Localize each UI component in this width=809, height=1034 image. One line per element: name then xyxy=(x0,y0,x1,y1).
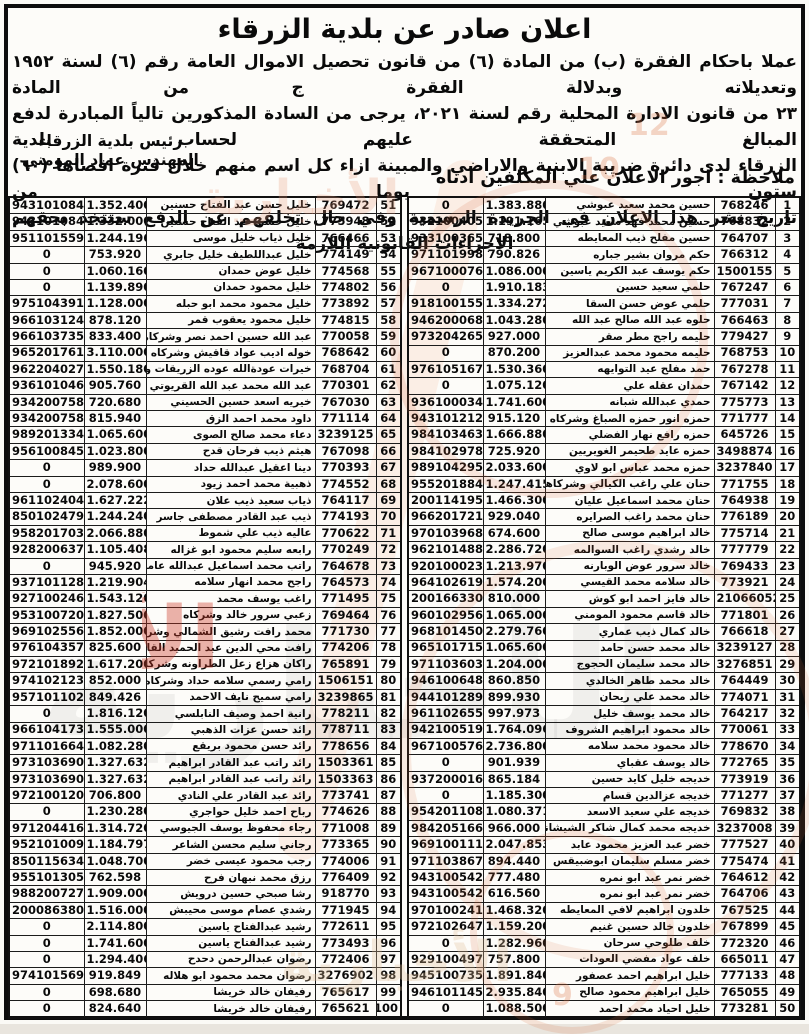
cell-national-number: 8501156343 xyxy=(9,853,84,869)
taxpayer-table-left-half: 51769472خليل حسن عبد الفتاح حسنين1.352.4… xyxy=(8,196,402,1019)
cell-name: خليل ابراهيم محمود صالح xyxy=(545,984,714,1000)
table-row: 41775474خضر مسلم سليمان ابوضبيقس894.4409… xyxy=(408,853,800,869)
cell-amount: 1.764.096 xyxy=(483,722,545,738)
cell-amount: 1.244.196 xyxy=(84,230,146,246)
cell-amount: 1.334.272 xyxy=(483,296,545,312)
cell-file-number: 766466 xyxy=(315,230,376,246)
cell-national-number: 9691025562 xyxy=(9,624,84,640)
cell-national-number: 9661031242 xyxy=(9,312,84,328)
cell-amount: 718.800 xyxy=(483,230,545,246)
cell-national-number: 9271002466 xyxy=(9,591,84,607)
cell-seq: 9 xyxy=(775,329,800,345)
cell-seq: 69 xyxy=(376,493,401,509)
cell-name: رجاء محفوظ يوسف الجيوسي xyxy=(146,820,315,836)
cell-seq: 78 xyxy=(376,640,401,656)
cell-national-number: 8501024793 xyxy=(9,509,84,525)
cell-seq: 92 xyxy=(376,870,401,886)
cell-name: حلمي عوض حسن السقا xyxy=(545,296,714,312)
page-title: اعلان صادر عن بلدية الزرقاء xyxy=(8,14,801,45)
cell-name: خالد فايز احمد ابو كوش xyxy=(545,591,714,607)
cell-seq: 81 xyxy=(376,689,401,705)
cell-national-number: 0 xyxy=(408,935,483,951)
cell-name: راتب محمد اسماعيل عبدالله عامر xyxy=(146,558,315,574)
cell-name: راكان هزاع زعل الطراونه وشركاه xyxy=(146,656,315,672)
cell-name: خالد محمد يوسف خليل xyxy=(545,706,714,722)
cell-amount: 945.920 xyxy=(84,558,146,574)
cell-national-number: 9551013050 xyxy=(9,870,84,886)
cell-amount: 927.000 xyxy=(483,329,545,345)
table-row: 83778711رائد حسن عزات الذهبي1.555.000966… xyxy=(9,722,401,738)
cell-seq: 22 xyxy=(775,542,800,558)
cell-seq: 44 xyxy=(775,902,800,918)
cell-file-number: 764449 xyxy=(714,673,775,689)
cell-name: حمزه انور حمزه الصباغ وشركاه xyxy=(545,411,714,427)
cell-name: حكم يوسف عبد الكريم ياسين xyxy=(545,263,714,279)
cell-amount: 815.940 xyxy=(84,411,146,427)
cell-seq: 29 xyxy=(775,656,800,672)
cell-file-number: 773493 xyxy=(315,935,376,951)
cell-national-number: 0 xyxy=(408,279,483,295)
cell-national-number: 9561008459 xyxy=(9,443,84,459)
cell-seq: 30 xyxy=(775,673,800,689)
table-row: 93918770رشا صبحي حسين درويش1.909.0009882… xyxy=(9,886,401,902)
cell-amount: 1.082.280 xyxy=(84,738,146,754)
cell-national-number: 9431010841 xyxy=(9,214,84,230)
cell-seq: 41 xyxy=(775,853,800,869)
cell-national-number: 9892013349 xyxy=(9,427,84,443)
cell-national-number: 0 xyxy=(408,788,483,804)
table-row: 851503361رائد راتب عبد القادر ابراهيم1.3… xyxy=(9,755,401,771)
table-row: 77771730محمد رافت رشيق الشمالي وشركاه1.8… xyxy=(9,624,401,640)
cell-file-number: 770301 xyxy=(315,378,376,394)
cell-national-number: 9842051661 xyxy=(408,820,483,836)
cell-file-number: 767142 xyxy=(714,378,775,394)
cell-name: خالد محمود ابراهيم الشروف xyxy=(545,722,714,738)
cell-amount: 899.930 xyxy=(483,689,545,705)
cell-national-number: 9431005428 xyxy=(408,870,483,886)
cell-national-number: 9641026196 xyxy=(408,574,483,590)
cell-national-number: 9342007583 xyxy=(9,394,84,410)
cell-amount: 929.040 xyxy=(483,509,545,525)
cell-national-number: 9732042659 xyxy=(408,329,483,345)
table-row: 2768832حسين محمد فهد سعيد عبوشي1.191.165… xyxy=(408,214,800,230)
cell-amount: 1.617.200 xyxy=(84,656,146,672)
cell-amount: 989.900 xyxy=(84,460,146,476)
cell-seq: 7 xyxy=(775,296,800,312)
cell-seq: 91 xyxy=(376,853,401,869)
cell-national-number: 9741015694 xyxy=(9,968,84,984)
cell-amount: 1.105.408 xyxy=(84,542,146,558)
cell-amount: 2.078.600 xyxy=(84,476,146,492)
cell-seq: 58 xyxy=(376,312,401,328)
cell-file-number: 665011 xyxy=(714,951,775,967)
cell-seq: 31 xyxy=(775,689,800,705)
cell-seq: 63 xyxy=(376,394,401,410)
cell-name: خالد سلامه محمد القيسي xyxy=(545,574,714,590)
cell-file-number: 768704 xyxy=(315,361,376,377)
cell-national-number: 9671000763 xyxy=(408,263,483,279)
cell-seq: 57 xyxy=(376,296,401,312)
cell-amount: 1.075.120 xyxy=(483,378,545,394)
cell-amount: 1.516.000 xyxy=(84,902,146,918)
cell-seq: 21 xyxy=(775,525,800,541)
cell-file-number: 773919 xyxy=(714,771,775,787)
cell-file-number: 764938 xyxy=(714,493,775,509)
cell-national-number: 0 xyxy=(9,951,84,967)
cell-file-number: 764573 xyxy=(315,574,376,590)
cell-file-number: 771277 xyxy=(714,788,775,804)
cell-name: خالد كمال ذيب عماري xyxy=(545,624,714,640)
cell-national-number: 9441012896 xyxy=(408,689,483,705)
cell-seq: 75 xyxy=(376,591,401,607)
cell-seq: 83 xyxy=(376,722,401,738)
table-row: 54774149خليل عبداللطيف خليل جابري753.920… xyxy=(9,247,401,263)
cell-file-number: 767525 xyxy=(714,902,775,918)
cell-amount: 2.114.800 xyxy=(84,919,146,935)
cell-name: خضر نمر عبد ابو نمره xyxy=(545,886,714,902)
cell-name: راغب يوسف محمد xyxy=(146,591,315,607)
cell-amount: 1.852.000 xyxy=(84,624,146,640)
cell-name: خالد محمد علي ريحان xyxy=(545,689,714,705)
cell-national-number: 0 xyxy=(9,263,84,279)
cell-name: رامي رسمي سلامه حداد وشركاه xyxy=(146,673,315,689)
cell-seq: 73 xyxy=(376,558,401,574)
cell-national-number: 9521010098 xyxy=(9,837,84,853)
cell-national-number: 9331003659 xyxy=(408,230,483,246)
cell-amount: 1.466.300 xyxy=(483,493,545,509)
cell-amount: 2.286.720 xyxy=(483,542,545,558)
cell-file-number: 766618 xyxy=(714,624,775,640)
table-row: 49765055خليل ابراهيم محمود صالح2.935.840… xyxy=(408,984,800,1000)
cell-name: رفيفان خالد خريشا xyxy=(146,984,315,1000)
cell-national-number: 0 xyxy=(9,558,84,574)
table-row: 35772765خالد يوسف عقباي901.9390 xyxy=(408,755,800,771)
cell-file-number: 770393 xyxy=(315,460,376,476)
table-row: 59770058عبد الله حسين احمد نصر وشركاه833… xyxy=(9,329,401,345)
cell-national-number: 9582017034 xyxy=(9,525,84,541)
table-row: 18771755حنان علي راغب الكيالي وشركاها1.2… xyxy=(408,476,800,492)
cell-national-number: 9841034636 xyxy=(408,427,483,443)
cell-national-number: 9761043579 xyxy=(9,640,84,656)
cell-file-number: 776409 xyxy=(315,870,376,886)
cell-seq: 86 xyxy=(376,771,401,787)
cell-file-number: 773921 xyxy=(714,574,775,590)
table-row: 74764573راجح محمد انهار سلامه1.219.90493… xyxy=(9,574,401,590)
cell-file-number: 767030 xyxy=(315,394,376,410)
cell-file-number: 765891 xyxy=(315,656,376,672)
cell-amount: 2.066.880 xyxy=(84,525,146,541)
cell-seq: 34 xyxy=(775,738,800,754)
cell-amount: 1.909.000 xyxy=(84,886,146,902)
cell-seq: 94 xyxy=(376,902,401,918)
cell-national-number: 0 xyxy=(9,706,84,722)
cell-amount: 894.440 xyxy=(483,853,545,869)
table-row: 64771114داود محمد احمد الزق815.940934200… xyxy=(9,411,401,427)
cell-amount: 1.827.500 xyxy=(84,607,146,623)
cell-name: حمزه عايد طحيمر الغويريين xyxy=(545,443,714,459)
cell-national-number: 9431010841 xyxy=(9,197,84,214)
cell-file-number: 767098 xyxy=(315,443,376,459)
cell-national-number: 9731036906 xyxy=(9,771,84,787)
cell-amount: 865.184 xyxy=(483,771,545,787)
cell-file-number: 770249 xyxy=(315,542,376,558)
cell-amount: 753.920 xyxy=(84,247,146,263)
table-row: 10768753حليمه محمود محمد عبدالعزيز870.20… xyxy=(408,345,800,361)
cell-seq: 50 xyxy=(775,1001,800,1018)
cell-amount: 2.047.853 xyxy=(483,837,545,853)
cell-seq: 20 xyxy=(775,509,800,525)
cell-name: خليل عوض حمدان xyxy=(146,263,315,279)
table-body-left: 51769472خليل حسن عبد الفتاح حسنين1.352.4… xyxy=(9,197,401,1018)
table-row: 393237008خديجه محمد كمال شاكر الشيشاني96… xyxy=(408,820,800,836)
cell-name: خالد رشدي راغب السوالمه xyxy=(545,542,714,558)
cell-seq: 88 xyxy=(376,804,401,820)
table-row: 293276851خالد محمد سليمان الحجوج1.204.00… xyxy=(408,656,800,672)
cell-national-number: 9611024043 xyxy=(9,493,84,509)
cell-seq: 39 xyxy=(775,820,800,836)
cell-national-number: 9421005190 xyxy=(408,722,483,738)
table-row: 14771777حمزه انور حمزه الصباغ وشركاه915.… xyxy=(408,411,800,427)
table-row: 76769464زعبي سرور خالد وشركاه1.827.50095… xyxy=(9,607,401,623)
cell-file-number: 764117 xyxy=(315,493,376,509)
cell-national-number: 9291004977 xyxy=(408,951,483,967)
cell-national-number: 9681014508 xyxy=(408,624,483,640)
cell-name: دعاء محمد صالح الصوى xyxy=(146,427,315,443)
table-row: 4766312حكم مروان بشير جباره790.826971101… xyxy=(408,247,800,263)
cell-file-number: 771945 xyxy=(315,902,376,918)
cell-file-number: 773281 xyxy=(714,1001,775,1018)
cell-file-number: 777133 xyxy=(714,968,775,984)
cell-amount: 1.060.160 xyxy=(84,263,146,279)
table-row: 7777031حلمي عوض حسن السقا1.334.272918100… xyxy=(408,296,800,312)
cell-file-number: 769464 xyxy=(315,607,376,623)
cell-name: رجاني سليم محسن الشاعر xyxy=(146,837,315,853)
table-row: 99765617رفيفان خالد خريشا698.6800 xyxy=(9,984,401,1000)
table-row: 15645726حمزه رافع نهار الفضلي1.666.88098… xyxy=(408,427,800,443)
cell-national-number: 9701002415 xyxy=(408,902,483,918)
cell-seq: 84 xyxy=(376,738,401,754)
cell-file-number: 771730 xyxy=(315,624,376,640)
table-row: 24773921خالد سلامه محمد القيسي1.574.2009… xyxy=(408,574,800,590)
cell-seq: 18 xyxy=(775,476,800,492)
cell-file-number: 771777 xyxy=(714,411,775,427)
cell-national-number: 0 xyxy=(9,935,84,951)
cell-seq: 93 xyxy=(376,886,401,902)
table-row: 45767899خلدون خالد حسين غنيم1.159.200972… xyxy=(408,919,800,935)
table-row: 19764938حنان محمد اسماعيل عليان1.466.300… xyxy=(408,493,800,509)
cell-seq: 72 xyxy=(376,542,401,558)
cell-national-number: 9711036035 xyxy=(408,656,483,672)
table-row: 3764707حسين مفلح ذيب المعايطه718.8009331… xyxy=(408,230,800,246)
cell-file-number: 775474 xyxy=(714,853,775,869)
cell-national-number: 9731036906 xyxy=(9,755,84,771)
table-row: 90773365رجاني سليم محسن الشاعر1.184.7979… xyxy=(9,837,401,853)
cell-national-number: 9462000685 xyxy=(408,312,483,328)
cell-file-number: 774071 xyxy=(714,689,775,705)
cell-amount: 1.086.000 xyxy=(483,263,545,279)
cell-seq: 98 xyxy=(376,968,401,984)
cell-name: رشيد عبدالفتاح ياسين xyxy=(146,919,315,935)
cell-amount: 777.480 xyxy=(483,870,545,886)
cell-national-number: 9571011021 xyxy=(9,689,84,705)
cell-national-number: 9651017152 xyxy=(408,640,483,656)
table-row: 69764117ذياب سعيد ذيب علان1.627.22296110… xyxy=(9,493,401,509)
cell-national-number: 9761051675 xyxy=(408,361,483,377)
cell-name: زعبي سرور خالد وشركاه xyxy=(146,607,315,623)
cell-amount: 915.120 xyxy=(483,411,545,427)
cell-amount: 762.598 xyxy=(84,870,146,886)
table-row: 22777779خالد رشدي راغب السوالمه2.286.720… xyxy=(408,542,800,558)
cell-seq: 25 xyxy=(775,591,800,607)
cell-file-number: 778211 xyxy=(315,706,376,722)
cell-amount: 674.600 xyxy=(483,525,545,541)
table-row: 34778670خالد محمود محمد سلامه2.736.80096… xyxy=(408,738,800,754)
cell-file-number: 764706 xyxy=(714,886,775,902)
cell-file-number: 3237008 xyxy=(714,820,775,836)
cell-seq: 13 xyxy=(775,394,800,410)
cell-name: رضوان عبدالرحمن دحدح xyxy=(146,951,315,967)
cell-name: رشا صبحي حسين درويش xyxy=(146,886,315,902)
cell-file-number: 769472 xyxy=(315,197,376,214)
cell-name: ذياب سعيد ذيب علان xyxy=(146,493,315,509)
cell-national-number: 0 xyxy=(408,755,483,771)
table-row: 801506151رامي رسمي سلامه حداد وشركاه852.… xyxy=(9,673,401,689)
cell-national-number: 0 xyxy=(9,919,84,935)
cell-name: حسين مفلح ذيب المعايطه xyxy=(545,230,714,246)
cell-file-number: 768753 xyxy=(714,345,775,361)
cell-file-number: 771801 xyxy=(714,607,775,623)
cell-amount: 1.023.800 xyxy=(84,443,146,459)
cell-amount: 825.600 xyxy=(84,640,146,656)
table-row: 46772320خلف طلوحي سرحان1.282.9600 xyxy=(408,935,800,951)
cell-national-number: 9431012129 xyxy=(408,411,483,427)
cell-seq: 28 xyxy=(775,640,800,656)
cell-seq: 33 xyxy=(775,722,800,738)
cell-name: ذيب عبد القادر مصطفى جاسر xyxy=(146,509,315,525)
table-row: 163498874حمزه عايد طحيمر الغويريين725.92… xyxy=(408,443,800,459)
cell-name: خالد سرور عوض الوبارنه xyxy=(545,558,714,574)
cell-national-number: 0 xyxy=(9,247,84,263)
cell-seq: 43 xyxy=(775,886,800,902)
table-row: 9779427حليمه راجح مطر صقر927.00097320426… xyxy=(408,329,800,345)
cell-national-number: 0 xyxy=(9,476,84,492)
cell-name: خالد محمد حسن حامد xyxy=(545,640,714,656)
cell-seq: 64 xyxy=(376,411,401,427)
cell-national-number: 9611026550 xyxy=(408,706,483,722)
cell-amount: 1.574.200 xyxy=(483,574,545,590)
cell-amount: 706.800 xyxy=(84,788,146,804)
cell-national-number: 9721026472 xyxy=(408,919,483,935)
cell-amount: 2.279.760 xyxy=(483,624,545,640)
table-row: 100765621رفيفان خالد خريشا824.6400 xyxy=(9,1001,401,1018)
cell-national-number: 9841029780 xyxy=(408,443,483,459)
table-row: 38769832خديجه علي سعيد الاسعد1.080.37195… xyxy=(408,804,800,820)
cell-file-number: 918770 xyxy=(315,886,376,902)
table-row: 63767030خيريه اسعد حسين الحسيني720.68093… xyxy=(9,394,401,410)
cell-national-number: 9451007351 xyxy=(408,968,483,984)
cell-national-number: 9712044164 xyxy=(9,820,84,836)
cell-file-number: 777527 xyxy=(714,837,775,853)
cell-seq: 47 xyxy=(775,951,800,967)
table-row: 21775714خالد ابراهيم موسى صالح674.600970… xyxy=(408,525,800,541)
cell-file-number: 767278 xyxy=(714,361,775,377)
cell-file-number: 772611 xyxy=(315,919,376,935)
table-row: 33770061خالد محمود ابراهيم الشروف1.764.0… xyxy=(408,722,800,738)
cell-file-number: 773741 xyxy=(315,788,376,804)
cell-seq: 76 xyxy=(376,607,401,623)
cell-national-number: 0 xyxy=(9,460,84,476)
cell-name: خضر نمر عبد ابو نمره xyxy=(545,870,714,886)
cell-national-number: 9652017619 xyxy=(9,345,84,361)
cell-name: خليل محمود يعقوب قمر xyxy=(146,312,315,328)
cell-amount: 1.816.120 xyxy=(84,706,146,722)
cell-file-number: 3239125 xyxy=(315,427,376,443)
cell-seq: 59 xyxy=(376,329,401,345)
cell-amount: 905.760 xyxy=(84,378,146,394)
table-row: 56774802خليل محمود حمدان1.139.8900 xyxy=(9,279,401,295)
cell-file-number: 767247 xyxy=(714,279,775,295)
cell-national-number: 9711016645 xyxy=(9,738,84,754)
table-row: 51769472خليل حسن عبد الفتاح حسنين1.352.4… xyxy=(9,197,401,214)
cell-amount: 1.891.840 xyxy=(483,968,545,984)
cell-amount: 1.627.222 xyxy=(84,493,146,509)
cell-amount: 757.800 xyxy=(483,951,545,967)
table-row: 51500155حكم يوسف عبد الكريم ياسين1.086.0… xyxy=(408,263,800,279)
cell-national-number: 9181001557 xyxy=(408,296,483,312)
cell-seq: 99 xyxy=(376,984,401,1000)
cell-name: رائد عبد القادر علي النادي xyxy=(146,788,315,804)
cell-file-number: 774006 xyxy=(315,853,376,869)
table-row: 60768642خوله اديب عواد قاقيش وشركاه3.110… xyxy=(9,345,401,361)
cell-file-number: 777779 xyxy=(714,542,775,558)
cell-name: رضوان محمد محمود ابو هلاله xyxy=(146,968,315,984)
cell-name: خليل ذياب خليل موسى xyxy=(146,230,315,246)
cell-national-number: 0 xyxy=(9,804,84,820)
cell-name: خليل ابراهيم احمد عصفور xyxy=(545,968,714,984)
cell-amount: 1.088.500 xyxy=(483,1001,545,1018)
cell-national-number: 9511015593 xyxy=(9,230,84,246)
table-row: 47665011خلف عواد مفضي العودات757.8009291… xyxy=(408,951,800,967)
cell-amount: 1.191.165 xyxy=(483,214,545,230)
cell-name: رانية احمد وصيف النابلسي xyxy=(146,706,315,722)
cell-file-number: 774552 xyxy=(315,476,376,492)
cell-amount: 997.973 xyxy=(483,706,545,722)
cell-seq: 89 xyxy=(376,820,401,836)
cell-seq: 12 xyxy=(775,378,800,394)
cell-amount: 878.120 xyxy=(84,312,146,328)
cell-name: رافت محي الدين عبد الحميد القاضي xyxy=(146,640,315,656)
cell-name: حمزه رافع نهار الفضلي xyxy=(545,427,714,443)
cell-seq: 35 xyxy=(775,755,800,771)
cell-national-number: 0 xyxy=(9,1001,84,1018)
cell-seq: 19 xyxy=(775,493,800,509)
cell-amount: 833.400 xyxy=(84,329,146,345)
cell-amount: 1.327.632 xyxy=(84,771,146,787)
cell-national-number: 9552018843 xyxy=(408,476,483,492)
cell-file-number: 3239127 xyxy=(714,640,775,656)
cell-amount: 1.128.000 xyxy=(84,296,146,312)
cell-file-number: 21066052 xyxy=(714,591,775,607)
cell-file-number: 773892 xyxy=(315,296,376,312)
cell-national-number: 9461011450 xyxy=(408,984,483,1000)
cell-amount: 860.850 xyxy=(483,673,545,689)
cell-amount: 1.314.720 xyxy=(84,820,146,836)
cell-amount: 1.204.000 xyxy=(483,656,545,672)
cell-amount: 1.741.600 xyxy=(84,935,146,951)
cell-seq: 4 xyxy=(775,247,800,263)
cell-file-number: 778711 xyxy=(315,722,376,738)
cell-name: حنان علي راغب الكيالي وشركاها xyxy=(545,476,714,492)
